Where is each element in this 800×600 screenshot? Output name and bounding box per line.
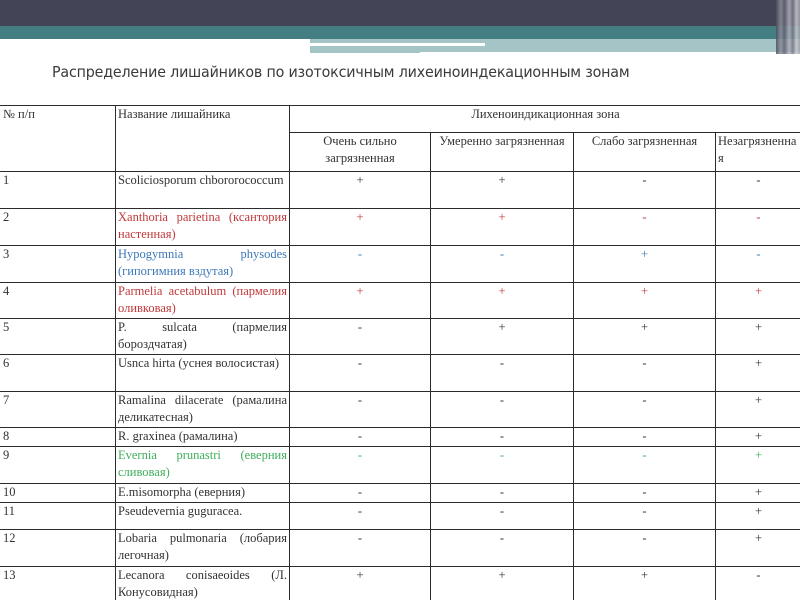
slide-edge-decoration bbox=[776, 0, 800, 54]
header-number-text: № п/п bbox=[3, 107, 35, 121]
zone-presence-cell: + bbox=[290, 172, 431, 209]
zone-presence-cell: - bbox=[290, 355, 431, 392]
zone-presence-cell: - bbox=[574, 484, 716, 503]
zone-presence-cell: + bbox=[716, 283, 800, 319]
zone-presence-cell: + bbox=[290, 283, 431, 319]
zone-presence-cell: + bbox=[290, 567, 431, 600]
lichen-name: Lecanora conisaeoides (Л. Конусовидная) bbox=[116, 567, 290, 600]
table-row: 11Pseudevernia guguracea.---+ bbox=[0, 503, 800, 530]
row-number: 11 bbox=[0, 503, 116, 530]
zone-presence-cell: - bbox=[290, 503, 431, 530]
zone-presence-cell: - bbox=[716, 209, 800, 246]
lichen-name: Hypogymnia physodes (гипогимния вздутая) bbox=[116, 246, 290, 283]
lichen-name: Pseudevernia guguracea. bbox=[116, 503, 290, 530]
zone-presence-cell: + bbox=[574, 567, 716, 600]
zone-presence-cell: - bbox=[290, 428, 431, 447]
zone-presence-cell: - bbox=[716, 246, 800, 283]
header-zone-group: Лихеноиндикационная зона bbox=[290, 106, 800, 133]
lichen-name: Usnca hirta (уснея волосистая) bbox=[116, 355, 290, 392]
lichen-name: P. sulcata (пармелия бороздчатая) bbox=[116, 319, 290, 355]
zone-presence-cell: - bbox=[431, 246, 574, 283]
zone-presence-cell: - bbox=[290, 484, 431, 503]
row-number: 5 bbox=[0, 319, 116, 355]
zone-presence-cell: - bbox=[574, 209, 716, 246]
lichen-name: Ramalina dilacerate (рамалина деликатесн… bbox=[116, 392, 290, 428]
table-row: 3Hypogymnia physodes (гипогимния вздутая… bbox=[0, 246, 800, 283]
zone-presence-cell: + bbox=[716, 447, 800, 484]
zone-presence-cell: + bbox=[716, 503, 800, 530]
zone-presence-cell: - bbox=[431, 392, 574, 428]
zone-presence-cell: + bbox=[431, 283, 574, 319]
zone-presence-cell: - bbox=[290, 319, 431, 355]
row-number: 7 bbox=[0, 392, 116, 428]
zone-presence-cell: - bbox=[290, 447, 431, 484]
row-number: 2 bbox=[0, 209, 116, 246]
zone-presence-cell: - bbox=[574, 503, 716, 530]
table-row: 13Lecanora conisaeoides (Л. Конусовидная… bbox=[0, 567, 800, 600]
row-number: 8 bbox=[0, 428, 116, 447]
header-zone-text: Незагрязненная bbox=[718, 134, 796, 165]
zone-presence-cell: + bbox=[431, 172, 574, 209]
table-row: 12Lobaria pulmonaria (лобария легочная)-… bbox=[0, 530, 800, 567]
header-zone-text: Очень сильно загрязненная bbox=[323, 134, 397, 165]
zone-presence-cell: - bbox=[431, 530, 574, 567]
table-row: 2Xanthoria parietina (ксантория настенна… bbox=[0, 209, 800, 246]
zone-presence-cell: - bbox=[290, 392, 431, 428]
lichen-name: Parmelia acetabulum (пармелия оливковая) bbox=[116, 283, 290, 319]
zone-presence-cell: - bbox=[290, 530, 431, 567]
zone-presence-cell: - bbox=[574, 172, 716, 209]
zone-presence-cell: - bbox=[290, 246, 431, 283]
zone-presence-cell: + bbox=[574, 246, 716, 283]
zone-presence-cell: + bbox=[431, 319, 574, 355]
table-row: 10E.misomorpha (еверния)---+ bbox=[0, 484, 800, 503]
row-number: 6 bbox=[0, 355, 116, 392]
zone-presence-cell: + bbox=[716, 530, 800, 567]
table-row: 6Usnca hirta (уснея волосистая)---+ bbox=[0, 355, 800, 392]
lichen-name: Evernia prunastri (еверния сливовая) bbox=[116, 447, 290, 484]
header-lichen-name: Название лишайника bbox=[116, 106, 290, 172]
header-number: № п/п bbox=[0, 106, 116, 172]
row-number: 4 bbox=[0, 283, 116, 319]
zone-presence-cell: - bbox=[574, 355, 716, 392]
zone-presence-cell: + bbox=[716, 319, 800, 355]
lichen-name: R. graxinea (рамалина) bbox=[116, 428, 290, 447]
slide-teal-band bbox=[0, 26, 800, 39]
lichen-name: Lobaria pulmonaria (лобария легочная) bbox=[116, 530, 290, 567]
row-number: 9 bbox=[0, 447, 116, 484]
slide-top-bar bbox=[0, 0, 800, 26]
header-zone-text: Слабо загрязненная bbox=[592, 134, 697, 148]
row-number: 10 bbox=[0, 484, 116, 503]
table-row: 8R. graxinea (рамалина)---+ bbox=[0, 428, 800, 447]
zone-presence-cell: - bbox=[716, 172, 800, 209]
zone-presence-cell: + bbox=[574, 283, 716, 319]
header-zone-slightly-polluted: Слабо загрязненная bbox=[574, 133, 716, 172]
slide-light-band bbox=[310, 39, 800, 53]
lichen-name: E.misomorpha (еверния) bbox=[116, 484, 290, 503]
zone-presence-cell: - bbox=[431, 355, 574, 392]
header-zone-unpolluted: Незагрязненная bbox=[716, 133, 800, 172]
table-row: 5P. sulcata (пармелия бороздчатая)-+++ bbox=[0, 319, 800, 355]
slide-band-stripe bbox=[420, 52, 800, 54]
header-zone-very-polluted: Очень сильно загрязненная bbox=[290, 133, 431, 172]
row-number: 3 bbox=[0, 246, 116, 283]
zone-presence-cell: + bbox=[431, 567, 574, 600]
zone-presence-cell: + bbox=[716, 392, 800, 428]
zone-presence-cell: + bbox=[290, 209, 431, 246]
zone-presence-cell: - bbox=[431, 428, 574, 447]
header-zone-moderately-polluted: Умеренно загрязненная bbox=[431, 133, 574, 172]
zone-presence-cell: - bbox=[431, 447, 574, 484]
table-row: 9Evernia prunastri (еверния сливовая)---… bbox=[0, 447, 800, 484]
row-number: 1 bbox=[0, 172, 116, 209]
lichen-name: Scoliciosporum chbororococcum bbox=[116, 172, 290, 209]
row-number: 12 bbox=[0, 530, 116, 567]
zone-presence-cell: - bbox=[574, 530, 716, 567]
lichen-name: Xanthoria parietina (ксантория настенная… bbox=[116, 209, 290, 246]
zone-presence-cell: + bbox=[716, 428, 800, 447]
zone-presence-cell: + bbox=[716, 355, 800, 392]
table-row: 4Parmelia acetabulum (пармелия оливковая… bbox=[0, 283, 800, 319]
zone-presence-cell: - bbox=[716, 567, 800, 600]
slide-band-stripe bbox=[310, 43, 485, 46]
table-row: 7Ramalina dilacerate (рамалина деликатес… bbox=[0, 392, 800, 428]
header-zone-group-text: Лихеноиндикационная зона bbox=[471, 107, 619, 121]
lichen-zone-table: № п/п Название лишайника Лихеноиндикацио… bbox=[0, 105, 800, 600]
zone-presence-cell: + bbox=[431, 209, 574, 246]
zone-presence-cell: + bbox=[716, 484, 800, 503]
slide-title: Распределение лишайников по изотоксичным… bbox=[52, 61, 696, 83]
zone-presence-cell: - bbox=[574, 447, 716, 484]
row-number: 13 bbox=[0, 567, 116, 600]
zone-presence-cell: + bbox=[574, 319, 716, 355]
table-row: 1Scoliciosporum chbororococcum++-- bbox=[0, 172, 800, 209]
zone-presence-cell: - bbox=[431, 484, 574, 503]
header-zone-text: Умеренно загрязненная bbox=[439, 134, 564, 148]
zone-presence-cell: - bbox=[574, 428, 716, 447]
zone-presence-cell: - bbox=[431, 503, 574, 530]
header-lichen-name-text: Название лишайника bbox=[118, 107, 230, 121]
zone-presence-cell: - bbox=[574, 392, 716, 428]
